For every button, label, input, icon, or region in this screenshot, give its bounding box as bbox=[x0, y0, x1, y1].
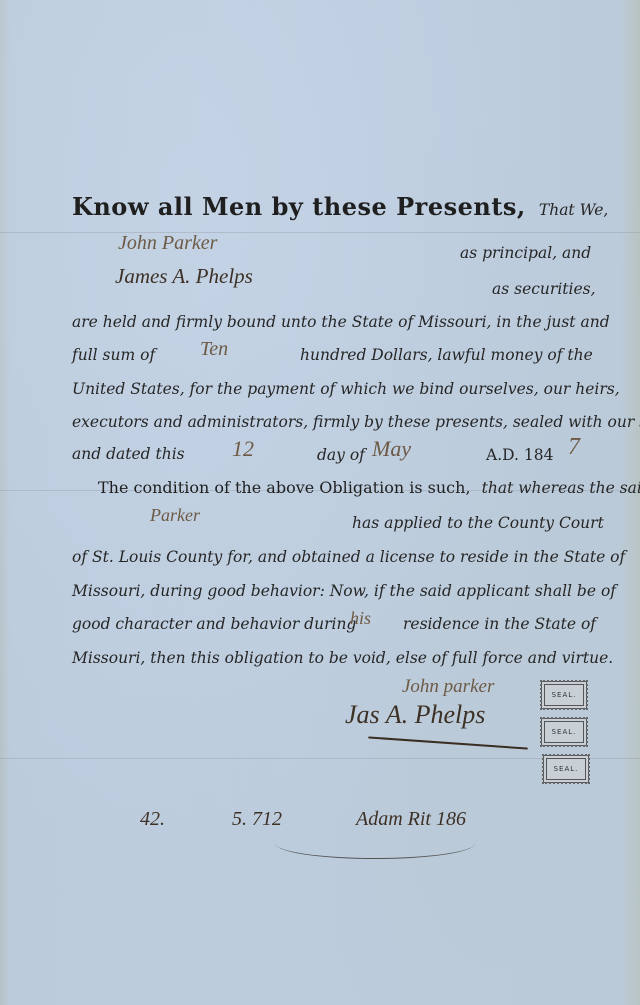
text-hundred-dollars: hundred Dollars, lawful money of the bbox=[300, 346, 593, 364]
text-ad-year: A.D. 184 bbox=[486, 446, 553, 464]
text-residence: residence in the State of bbox=[403, 615, 596, 633]
text-line-10: of St. Louis County for, and obtained a … bbox=[72, 548, 602, 566]
handwritten-pronoun: his bbox=[350, 608, 371, 629]
principal-label: as principal, and bbox=[460, 244, 591, 262]
text-line-13: Missouri, then this obligation to be voi… bbox=[72, 649, 602, 667]
condition-tail: that whereas the said bbox=[482, 479, 640, 497]
handwritten-year-digit: 7 bbox=[568, 434, 580, 461]
text-line-9: has applied to the County Court bbox=[352, 514, 604, 532]
docket-number: 42. bbox=[140, 808, 165, 831]
handwritten-month: May bbox=[372, 436, 411, 462]
text-dated-this: and dated this bbox=[72, 445, 185, 463]
fold-line bbox=[0, 232, 640, 233]
signature-john-parker: John parker bbox=[402, 676, 494, 698]
securities-label: as securities, bbox=[492, 280, 596, 298]
handwritten-day: 12 bbox=[232, 436, 254, 462]
seal-1: SEAL. bbox=[541, 681, 587, 709]
handwritten-applicant: Parker bbox=[150, 505, 200, 526]
text-line-11: Missouri, during good behavior: Now, if … bbox=[72, 582, 602, 600]
text-line-6: executors and administrators, firmly by … bbox=[72, 413, 602, 431]
signature-flourish bbox=[368, 736, 528, 749]
docket-arc-stroke bbox=[275, 828, 475, 859]
text-line-5: United States, for the payment of which … bbox=[72, 380, 602, 398]
condition-gothic: The condition of the above Obligation is… bbox=[98, 478, 471, 497]
heading-gothic: Know all Men by these Presents, bbox=[72, 192, 526, 221]
text-good-character: good character and behavior during bbox=[72, 615, 356, 633]
seal-2: SEAL. bbox=[541, 718, 587, 746]
text-day-of: day of bbox=[317, 446, 365, 464]
heading-tail: That We, bbox=[539, 201, 609, 219]
handwritten-principal: John Parker bbox=[118, 232, 217, 255]
text-full-sum: full sum of bbox=[72, 346, 155, 364]
handwritten-sum: Ten bbox=[200, 338, 228, 361]
seal-3: SEAL. bbox=[543, 755, 589, 783]
condition-line: The condition of the above Obligation is… bbox=[98, 478, 628, 497]
handwritten-security: James A. Phelps bbox=[115, 264, 253, 289]
heading: Know all Men by these Presents, That We, bbox=[72, 192, 602, 221]
text-line-3: are held and firmly bound unto the State… bbox=[72, 313, 602, 331]
document-page: Know all Men by these Presents, That We,… bbox=[0, 0, 640, 1005]
signature-jas-phelps: Jas A. Phelps bbox=[345, 700, 485, 730]
